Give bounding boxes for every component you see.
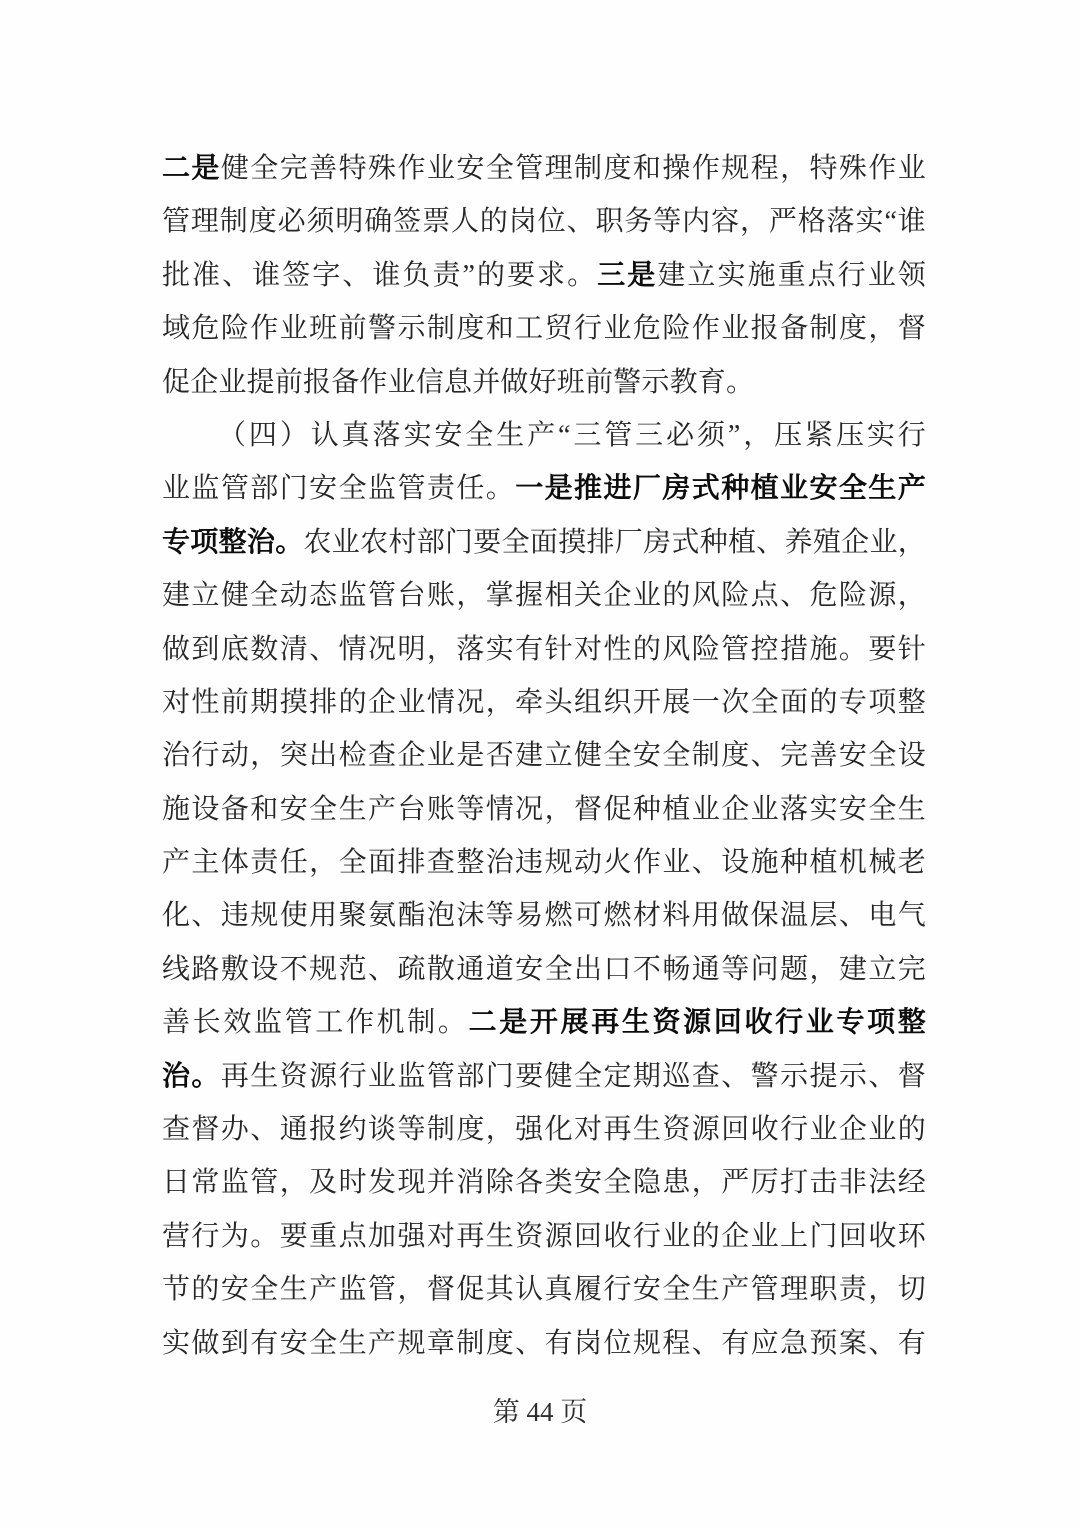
text-line: 产主体责任，全面排查整治违规动火作业、设施种植机械老 [162, 836, 926, 889]
text-line: 查督办、通报约谈等制度，强化对再生资源回收行业企业的 [162, 1103, 926, 1156]
bold-text-segment: 一是推进厂房式种植业安全生产 [515, 473, 926, 504]
text-line: 施设备和安全生产台账等情况，督促种植业企业落实安全生 [162, 783, 926, 836]
text-segment: 促企业提前报备作业信息并做好班前警示教育。 [162, 367, 754, 398]
text-segment: 健全完善特殊作业安全管理制度和操作规程，特殊作业 [221, 153, 926, 184]
text-segment: 治行动，突出检查企业是否建立健全安全制度、完善安全设 [162, 740, 926, 771]
text-line: 善长效监管工作机制。二是开展再生资源回收行业专项整 [162, 996, 926, 1049]
text-segment: 域危险作业班前警示制度和工贸行业危险作业报备制度，督 [162, 313, 926, 344]
text-segment: 节的安全生产监管，督促其认真履行安全生产管理职责，切 [162, 1274, 926, 1305]
text-segment: 查督办、通报约谈等制度，强化对再生资源回收行业企业的 [162, 1114, 926, 1145]
text-line: 线路敷设不规范、疏散通道安全出口不畅通等问题，建立完 [162, 943, 926, 996]
text-line: 营行为。要重点加强对再生资源回收行业的企业上门回收环 [162, 1210, 926, 1263]
document-page: 二是健全完善特殊作业安全管理制度和操作规程，特殊作业管理制度必须明确签票人的岗位… [0, 0, 1080, 1528]
text-segment: 农业农村部门要全面摸排厂房式种植、养殖企业， [304, 527, 927, 558]
text-line: 管理制度必须明确签票人的岗位、职务等内容，严格落实“谁 [162, 195, 926, 248]
text-line: 节的安全生产监管，督促其认真履行安全生产管理职责，切 [162, 1263, 926, 1316]
text-line: 二是健全完善特殊作业安全管理制度和操作规程，特殊作业 [162, 142, 926, 195]
text-line: 日常监管，及时发现并消除各类安全隐患，严厉打击非法经 [162, 1156, 926, 1209]
text-segment: 建立健全动态监管台账，掌握相关企业的风险点、危险源， [162, 580, 926, 611]
bold-text-segment: 治。 [162, 1061, 221, 1092]
text-segment: 营行为。要重点加强对再生资源回收行业的企业上门回收环 [162, 1221, 926, 1252]
text-segment: 实做到有安全生产规章制度、有岗位规程、有应急预案、有 [162, 1328, 926, 1359]
text-segment: 建立实施重点行业领 [657, 260, 926, 291]
text-segment: 化、违规使用聚氨酯泡沫等易燃可燃材料用做保温层、电气 [162, 900, 926, 931]
text-line: 批准、谁签字、谁负责”的要求。三是建立实施重点行业领 [162, 249, 926, 302]
text-segment: 产主体责任，全面排查整治违规动火作业、设施种植机械老 [162, 847, 926, 878]
text-segment: 线路敷设不规范、疏散通道安全出口不畅通等问题，建立完 [162, 954, 926, 985]
text-line: 专项整治。农业农村部门要全面摸排厂房式种植、养殖企业， [162, 516, 926, 569]
bold-text-segment: 二是 [162, 153, 221, 184]
text-line: 化、违规使用聚氨酯泡沫等易燃可燃材料用做保温层、电气 [162, 889, 926, 942]
bold-text-segment: 二是开展再生资源回收行业专项整 [469, 1007, 926, 1038]
text-segment: 做到底数清、情况明，落实有针对性的风险管控措施。要针 [162, 634, 926, 665]
text-line: 对性前期摸排的企业情况，牵头组织开展一次全面的专项整 [162, 676, 926, 729]
body-text: 二是健全完善特殊作业安全管理制度和操作规程，特殊作业管理制度必须明确签票人的岗位… [162, 142, 926, 1370]
bold-text-segment: 三是 [597, 260, 657, 291]
text-line: （四）认真落实安全生产“三管三必须”，压紧压实行 [162, 409, 926, 462]
text-segment: 管理制度必须明确签票人的岗位、职务等内容，严格落实“谁 [162, 206, 926, 237]
text-line: 治。再生资源行业监管部门要健全定期巡查、警示提示、督 [162, 1050, 926, 1103]
text-line: 做到底数清、情况明，落实有针对性的风险管控措施。要针 [162, 623, 926, 676]
text-segment: 善长效监管工作机制。 [162, 1007, 469, 1038]
text-segment: 批准、谁签字、谁负责”的要求。 [162, 260, 597, 291]
text-line: 促企业提前报备作业信息并做好班前警示教育。 [162, 356, 926, 409]
text-segment: （四）认真落实安全生产“三管三必须”，压紧压实行 [218, 420, 926, 451]
bold-text-segment: 专项整治。 [162, 527, 304, 558]
text-line: 建立健全动态监管台账，掌握相关企业的风险点、危险源， [162, 569, 926, 622]
text-line: 治行动，突出检查企业是否建立健全安全制度、完善安全设 [162, 729, 926, 782]
text-segment: 日常监管，及时发现并消除各类安全隐患，严厉打击非法经 [162, 1167, 926, 1198]
text-line: 实做到有安全生产规章制度、有岗位规程、有应急预案、有 [162, 1317, 926, 1370]
text-line: 域危险作业班前警示制度和工贸行业危险作业报备制度，督 [162, 302, 926, 355]
page-number: 第 44 页 [0, 1392, 1080, 1432]
text-segment: 业监管部门安全监管责任。 [162, 473, 515, 504]
text-segment: 对性前期摸排的企业情况，牵头组织开展一次全面的专项整 [162, 687, 926, 718]
text-segment: 施设备和安全生产台账等情况，督促种植业企业落实安全生 [162, 794, 926, 825]
text-segment: 再生资源行业监管部门要健全定期巡查、警示提示、督 [221, 1061, 926, 1092]
text-line: 业监管部门安全监管责任。一是推进厂房式种植业安全生产 [162, 462, 926, 515]
